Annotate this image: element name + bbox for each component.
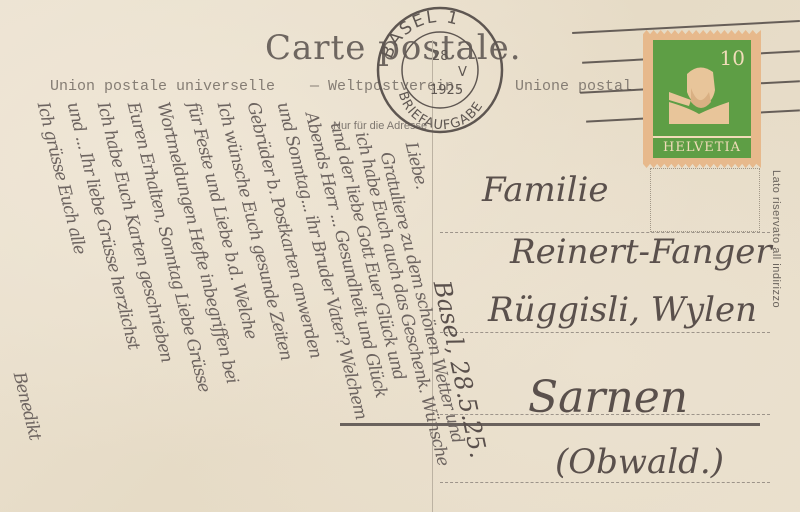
address-line-name: Reinert-Fanger bbox=[510, 232, 772, 272]
union-text-italian: Unione postal bbox=[515, 78, 632, 95]
message-signature: Benedikt bbox=[9, 370, 45, 442]
stamp-country: HELVETIA bbox=[653, 136, 751, 158]
address-line-street: Rüggisli, Wylen bbox=[488, 290, 757, 330]
svg-text:V: V bbox=[458, 65, 467, 80]
address-line-canton: (Obwald.) bbox=[555, 442, 724, 482]
message-line: Liebe. bbox=[401, 140, 432, 191]
svg-text:BASEL 1: BASEL 1 bbox=[377, 7, 462, 61]
william-tell-portrait-icon bbox=[669, 62, 729, 124]
address-line-familie: Familie bbox=[482, 170, 609, 210]
address-line-city: Sarnen bbox=[528, 372, 688, 423]
stamp-placeholder-box bbox=[650, 168, 760, 232]
address-line-2 bbox=[440, 332, 770, 333]
address-line-4 bbox=[440, 482, 770, 483]
cancellation-line bbox=[572, 20, 800, 34]
postage-stamp: 10 HELVETIA bbox=[643, 30, 761, 168]
union-text-french: Union postale universelle bbox=[50, 78, 275, 95]
svg-text:28: 28 bbox=[432, 49, 449, 64]
postcard: Carte postale. Union postale universelle… bbox=[0, 0, 800, 512]
handwritten-message: Liebe. Gratuliere zu dem schönen Wetter … bbox=[0, 120, 430, 512]
svg-text:1925: 1925 bbox=[430, 83, 463, 98]
postmark: BASEL 1 BRIEFAUFGABE 28 V 1925 bbox=[370, 2, 510, 138]
